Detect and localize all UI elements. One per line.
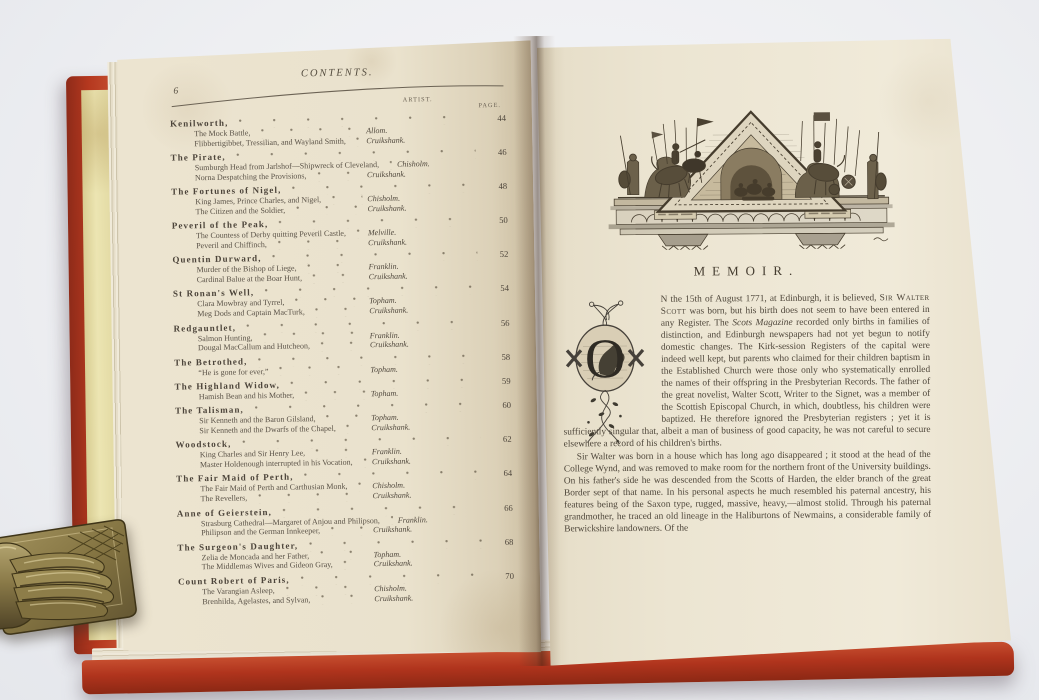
- toc-entry-page-number: 54: [483, 283, 509, 294]
- toc-plate-caption: “He is gone for ever,”: [198, 367, 268, 378]
- toc-plate-artist: Cruikshank.: [366, 134, 482, 146]
- dot-leader: [325, 526, 368, 536]
- toc-entry: Kenilworth, 44 The Mock Battle, Allom. F…: [170, 113, 506, 149]
- toc-plate-caption: The Citizen and the Soldier,: [195, 206, 285, 217]
- dot-leader: [290, 205, 362, 215]
- toc-plate-artist: Cruikshank.: [374, 592, 490, 604]
- toc-plate-artist: Cruikshank.: [369, 270, 485, 282]
- toc-entry: Woodstock, 62 King Charles and Sir Henry…: [176, 434, 512, 470]
- memoir-page: MEMOIR.: [537, 38, 1011, 665]
- toc-plate-caption: Brenhilda, Agelastes, and Sylvan,: [202, 595, 310, 607]
- toc-entry-page-number: 62: [486, 434, 512, 445]
- dot-leader: [307, 273, 364, 283]
- toc-entry-page-number: 48: [481, 181, 507, 192]
- dot-leader: [315, 341, 365, 351]
- toc-entry: The Talisman, 60 Sir Kenneth and the Bar…: [175, 400, 511, 436]
- memoir-paragraph-1: O N the 15th of August 1771, at Edinburg…: [563, 292, 931, 451]
- toc-entry: Quentin Durward, 52 Murder of the Bishop…: [172, 249, 508, 285]
- dot-leader: [272, 239, 363, 250]
- toc-plate-caption: Master Holdenough interrupted in his Voc…: [200, 458, 353, 470]
- dot-leader: [314, 551, 369, 561]
- toc-entry-page-number: 60: [485, 400, 511, 411]
- dot-leader: [352, 483, 367, 492]
- page-title-memoir: MEMOIR.: [560, 262, 932, 281]
- toc-entry-page-number: 56: [483, 317, 509, 328]
- dot-leader: [357, 458, 367, 467]
- running-head-contents: CONTENTS.: [169, 65, 505, 82]
- toc-entry: The Surgeon's Daughter, 68 Zelia de Monc…: [177, 536, 513, 572]
- memoir-paragraph-2: Sir Walter was born in a house which has…: [564, 449, 932, 536]
- toc-entry-page-number: 52: [482, 249, 508, 260]
- toc-plate-caption: Peveril and Chiffinch,: [196, 240, 267, 251]
- toc-plate-caption: Flibbertigibbet, Tressilian, and Wayland…: [194, 136, 346, 148]
- toc-plate-artist: Topham.: [371, 387, 487, 399]
- contents-page: CONTENTS. 6 ARTIST. PAGE. Kenilworth, 44…: [111, 40, 542, 659]
- table-of-contents: Kenilworth, 44 The Mock Battle, Allom. F…: [170, 113, 515, 611]
- toc-plate-caption: The Revellers,: [201, 494, 248, 505]
- dot-leader: [301, 264, 363, 274]
- toc-plate-artist: Cruikshank.: [372, 455, 488, 467]
- dot-leader: [341, 424, 367, 433]
- column-header-page: PAGE.: [474, 102, 506, 110]
- dot-leader: [351, 229, 363, 238]
- toc-entry: Count Robert of Paris, 70 The Varangian …: [178, 570, 514, 606]
- toc-entry-page-number: 46: [480, 147, 506, 158]
- toc-entry: Anne of Geierstein, 66 Strasburg Cathedr…: [177, 502, 513, 538]
- toc-entry-page-number: 68: [487, 536, 513, 547]
- dot-leader: [384, 161, 392, 170]
- toc-entry: The Pirate, 46 Sumburgh Head from Jarlsh…: [171, 147, 507, 183]
- toc-entry-page-number: 59: [484, 376, 510, 387]
- dot-leader: [310, 307, 365, 317]
- toc-plate-artist: Cruikshank.: [373, 524, 489, 536]
- ornamental-initial: O: [557, 296, 654, 421]
- toc-entry-page-number: 44: [480, 113, 506, 124]
- dot-leader: [338, 561, 369, 571]
- drop-cap-letter: O: [585, 328, 626, 390]
- toc-entry: The Fair Maid of Perth, 64 The Fair Maid…: [176, 468, 512, 504]
- dot-leader: [273, 366, 365, 377]
- toc-plate-artist: Cruikshank.: [367, 168, 483, 180]
- toc-plate-artist: Cruikshank.: [368, 236, 484, 248]
- dot-leader: [311, 171, 362, 181]
- toc-entry: Peveril of the Peak, 50 The Countess of …: [172, 215, 508, 251]
- toc-plate-caption: Cardinal Balue at the Boar Hunt,: [197, 274, 302, 286]
- memoir-text-segment: N the 15th of August 1771, at Edinburgh,…: [661, 293, 880, 305]
- toc-entry-page-number: 70: [488, 570, 514, 581]
- dot-leader: [321, 414, 367, 424]
- header-rule: [169, 83, 505, 111]
- toc-plate-caption: Meg Dods and Captain MacTurk,: [197, 308, 305, 320]
- toc-plate-caption: Dougal MacCallum and Hutcheon,: [198, 342, 310, 354]
- pediment-battle-scene-engraving: [598, 105, 904, 250]
- toc-entry-page-number: 50: [482, 215, 508, 226]
- dot-leader: [280, 585, 370, 596]
- photo-open-antique-book: CONTENTS. 6 ARTIST. PAGE. Kenilworth, 44…: [0, 0, 1039, 700]
- toc-entry-page-number: 64: [486, 468, 512, 479]
- toc-plate-artist: Cruikshank.: [371, 421, 487, 433]
- toc-plate-artist: Cruikshank.: [372, 489, 488, 501]
- dot-leader: [310, 448, 367, 458]
- toc-plate-artist: Cruikshank.: [374, 558, 490, 570]
- toc-entry: The Highland Widow, 59 Hamish Bean and h…: [175, 376, 511, 403]
- toc-plate-caption: The Middlemas Wives and Gideon Gray,: [202, 560, 333, 572]
- toc-plate-caption: Sir Kenneth and the Dwarfs of the Chapel…: [199, 424, 336, 436]
- dot-leader: [299, 390, 366, 400]
- dot-leader: [252, 492, 367, 503]
- brass-hand-page-clip: [0, 516, 146, 652]
- dot-leader: [326, 195, 362, 205]
- toc-entry: St Ronan's Well, 54 Clara Mowbray and Ty…: [173, 283, 509, 319]
- toc-plate-caption: Norna Despatching the Provisions,: [195, 171, 307, 183]
- memoir-text-segment: Scots Magazine: [732, 318, 792, 328]
- dot-leader: [385, 516, 393, 525]
- toc-plate-caption: Philipson and the German Innkeeper,: [201, 526, 320, 538]
- toc-plate-caption: Hamish Bean and his Mother,: [199, 391, 295, 402]
- toc-plate-artist: Topham.: [370, 363, 486, 375]
- toc-plate-artist: Cruikshank.: [367, 202, 483, 214]
- toc-plate-artist: Cruikshank.: [370, 339, 486, 351]
- column-header-artist: ARTIST.: [382, 96, 454, 104]
- memoir-body: O N the 15th of August 1771, at Edinburg…: [563, 292, 932, 536]
- toc-plate-artist: Cruikshank.: [369, 304, 485, 316]
- toc-entry-page-number: 58: [484, 351, 510, 362]
- dot-leader: [289, 298, 364, 308]
- dot-leader: [351, 137, 362, 146]
- toc-entry: Redgauntlet, 56 Salmon Hunting, Franklin…: [174, 317, 510, 353]
- dot-leader: [315, 595, 369, 605]
- toc-entry: The Fortunes of Nigel, 48 King James, Pr…: [171, 181, 507, 217]
- toc-entry: The Betrothed, 58 “He is gone for ever,”…: [174, 351, 510, 378]
- toc-entry-page-number: 66: [487, 502, 513, 513]
